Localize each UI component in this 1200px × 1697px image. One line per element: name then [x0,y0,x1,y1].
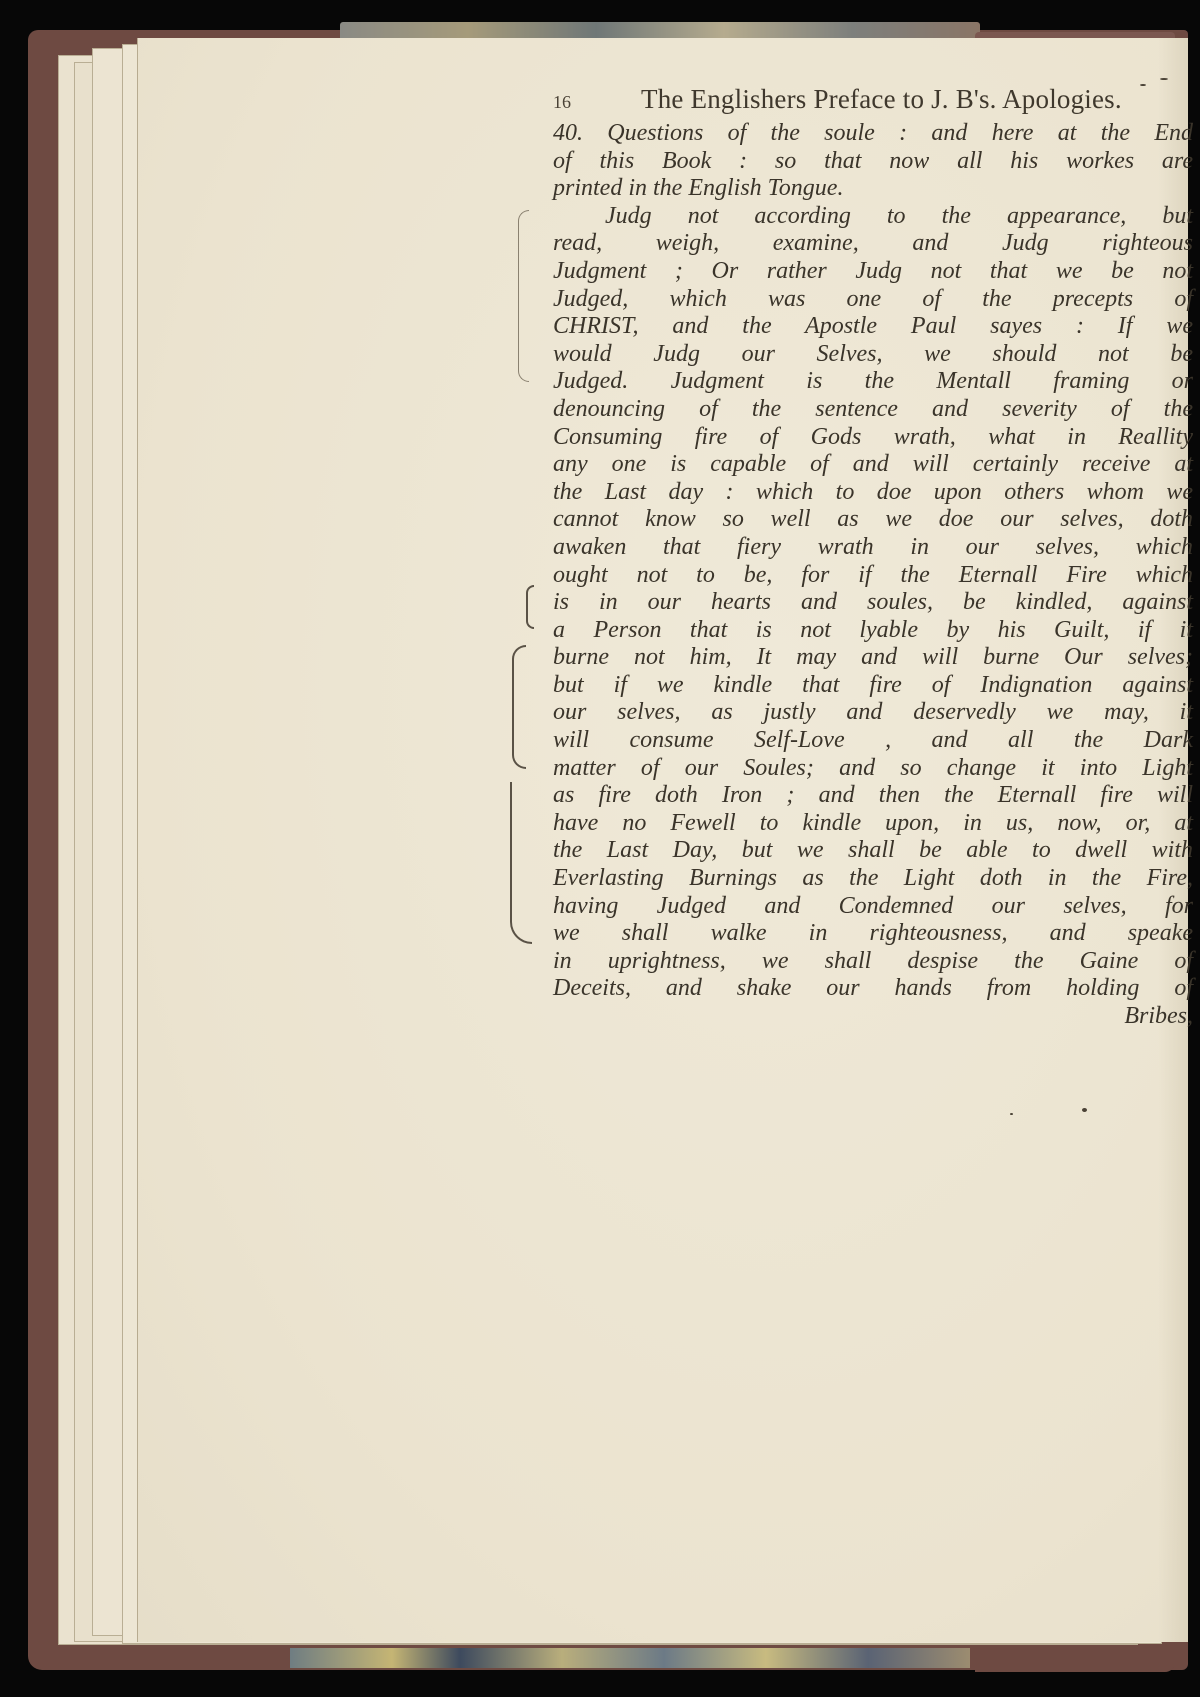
ink-speck [1140,84,1146,86]
marginal-brace-mark [526,585,534,629]
text-line: as fire doth Iron ; and then the Eternal… [553,782,1193,810]
text-line: Judgment ; Or rather Judg not that we be… [553,258,1193,286]
catchword: Bribes, [553,1003,1193,1031]
text-line: any one is capable of and will certainly… [553,451,1193,479]
marbled-edge-bottom [290,1648,970,1668]
text-line: denouncing of the sentence and severity … [553,396,1193,424]
text-line: would Judg our Selves, we should not be [553,341,1193,369]
text-line: 40. Questions of the soule : and here at… [553,120,1193,148]
book-page: 16 The Englishers Preface to J. B's. Apo… [138,38,1188,1642]
page-text: 16 The Englishers Preface to J. B's. Apo… [553,86,1193,1031]
ink-speck [1160,78,1168,80]
text-line: Judged. Judgment is the Mentall framing … [553,368,1193,396]
text-line: cannot know so well as we doe our selves… [553,506,1193,534]
text-line: of this Book : so that now all his worke… [553,148,1193,176]
text-line: read, weigh, examine, and Judg righteous [553,230,1193,258]
text-line: the Last Day, but we shall be able to dw… [553,837,1193,865]
text-line: having Judged and Condemned our selves, … [553,893,1193,921]
text-line: will consume Self-Love , and all the Dar… [553,727,1193,755]
text-line: matter of our Soules; and so change it i… [553,755,1193,783]
text-line: Everlasting Burnings as the Light doth i… [553,865,1193,893]
text-line: the Last day : which to doe upon others … [553,479,1193,507]
ink-speck [1010,1113,1013,1115]
text-line: Judg not according to the appearance, bu… [553,203,1193,231]
ink-speck [1082,1108,1087,1112]
text-line: printed in the English Tongue. [553,175,1193,203]
text-line: awaken that fiery wrath in our selves, w… [553,534,1193,562]
text-line: have no Fewell to kindle upon, in us, no… [553,810,1193,838]
text-line: is in our hearts and soules, be kindled,… [553,589,1193,617]
text-lines: 40. Questions of the soule : and here at… [553,120,1193,1003]
text-line: ought not to be, for if the Eternall Fir… [553,562,1193,590]
text-line: but if we kindle that fire of Indignatio… [553,672,1193,700]
text-line: a Person that is not lyable by his Guilt… [553,617,1193,645]
text-line: our selves, as justly and deservedly we … [553,699,1193,727]
cover-edge-bottom-right [975,1650,1175,1672]
text-line: we shall walke in righteousness, and spe… [553,920,1193,948]
marginal-brace-mark [510,782,532,944]
marginal-brace-mark [518,210,529,382]
page-number: 16 [553,89,641,117]
text-line: in uprightness, we shall despise the Gai… [553,948,1193,976]
text-line: burne not him, It may and will burne Our… [553,644,1193,672]
text-line: Judged, which was one of the precepts of [553,286,1193,314]
page-header: 16 The Englishers Preface to J. B's. Apo… [553,86,1193,120]
running-head: The Englishers Preface to J. B's. Apolog… [641,86,1122,114]
text-line: Consuming fire of Gods wrath, what in Re… [553,424,1193,452]
text-line: CHRIST, and the Apostle Paul sayes : If … [553,313,1193,341]
marginal-brace-mark [512,645,526,769]
text-line: Deceits, and shake our hands from holdin… [553,975,1193,1003]
